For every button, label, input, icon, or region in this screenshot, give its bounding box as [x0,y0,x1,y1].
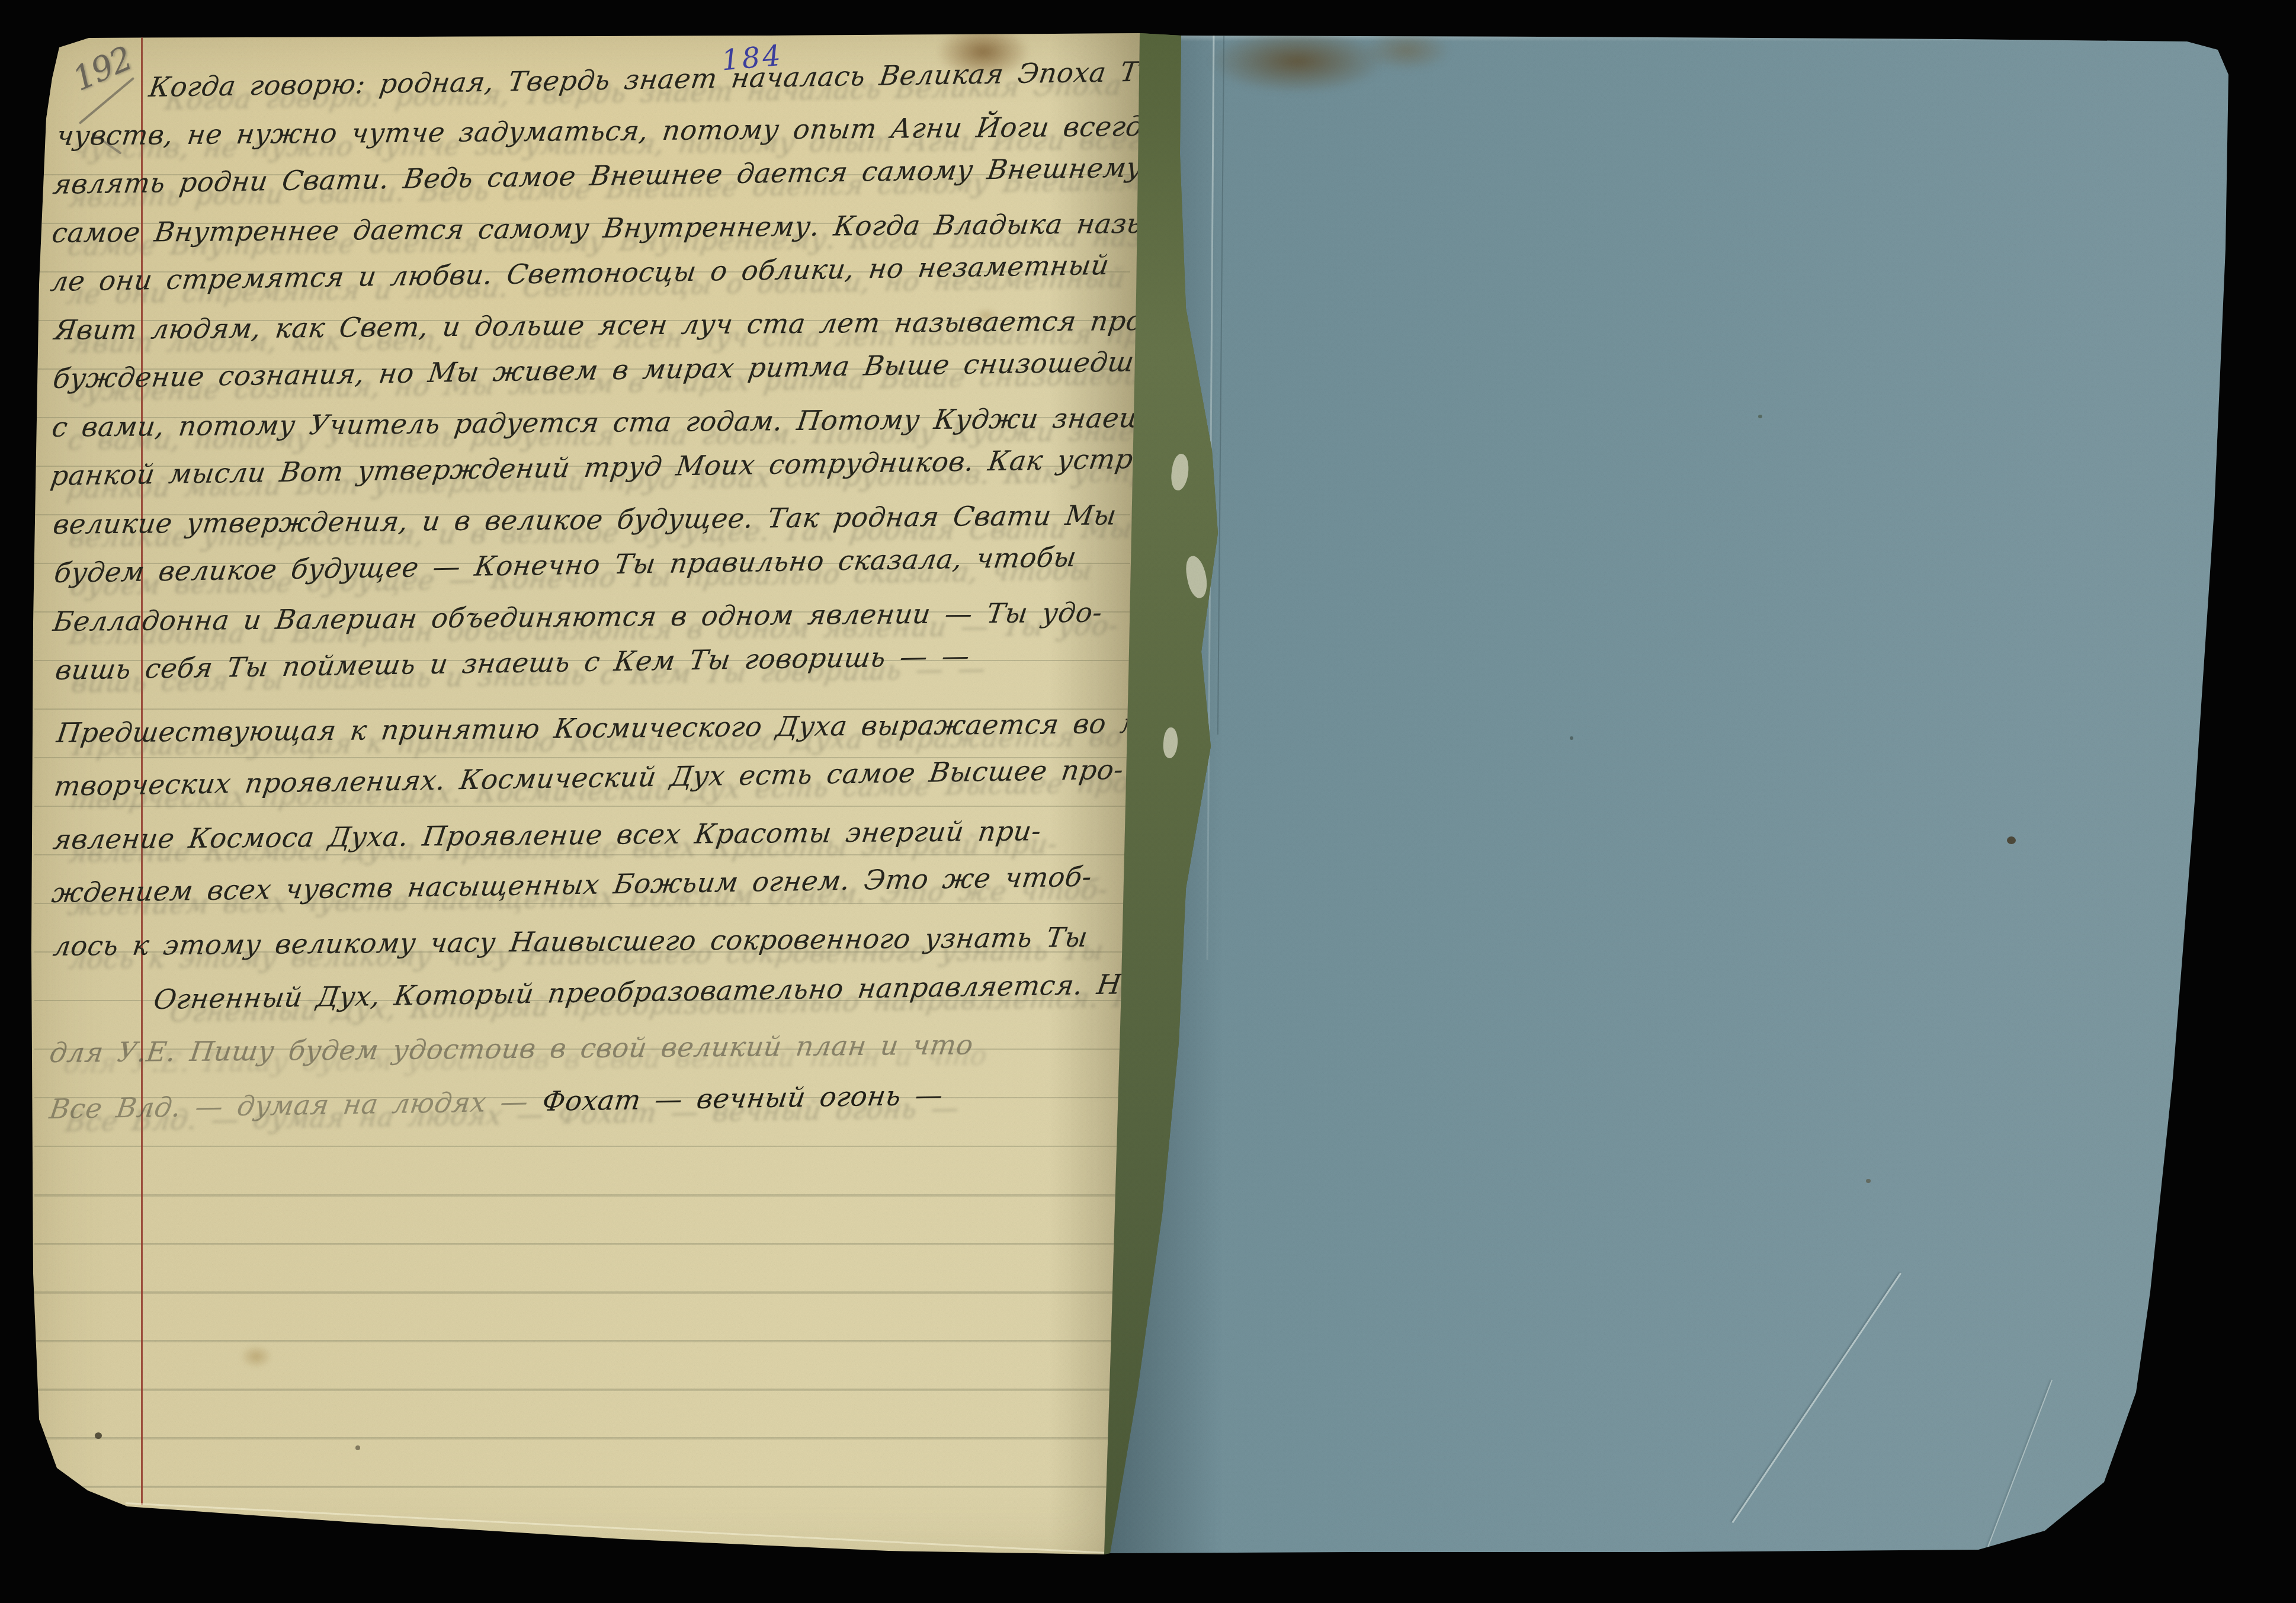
blue-page-corner-crease-short [1987,1380,2053,1549]
cream-page-ink-speck [355,1445,360,1450]
blue-page-speck [1758,415,1762,418]
cream-page-foxing-spot [240,1345,272,1368]
blue-page-speck [1866,1179,1871,1183]
blue-page-speck [2007,836,2016,844]
cream-page-ink-speck [95,1432,102,1439]
blue-page-speck [1570,736,1573,740]
blue-page-top-stain [1208,28,1386,94]
closing-phrase-fohat: Фохат — вечный огонь — [540,1079,945,1117]
torn-paper-remnant [1184,554,1210,599]
torn-paper-remnant [1169,453,1191,491]
scanned-notebook-spread: 192 184 Когда говорю: родная, Твердь зна… [0,0,2296,1603]
blue-page-corner-crease-long [1731,1272,1901,1523]
torn-paper-remnant [1162,727,1179,759]
